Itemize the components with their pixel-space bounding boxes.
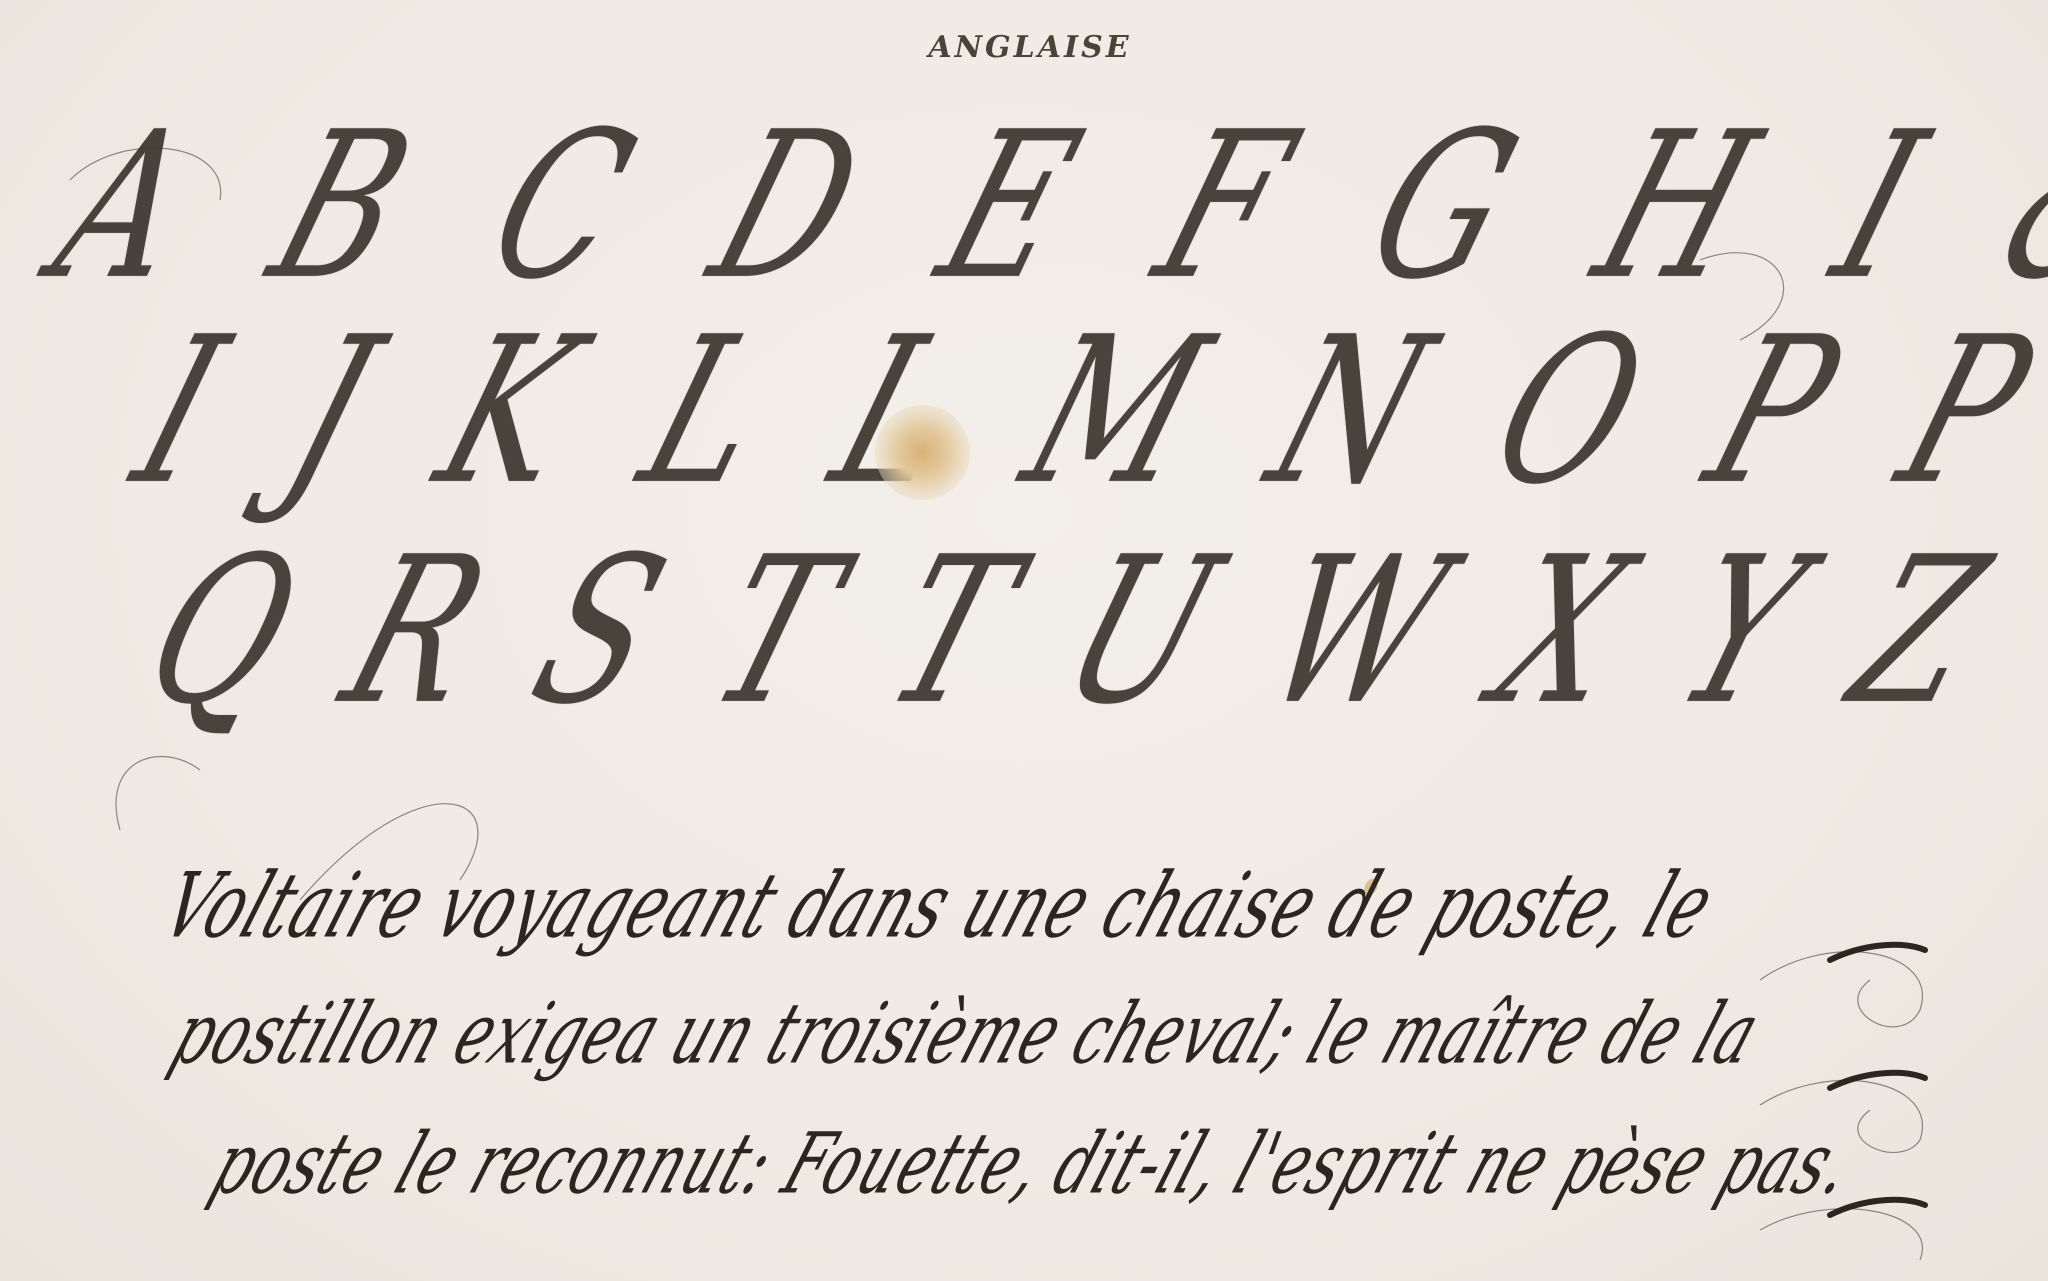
passage-line-3: poste le reconnut: Fouette, dit-il, l'es… [200, 1145, 2048, 1213]
passage-line-1: Voltaire voyageant dans une chaise de po… [150, 885, 2048, 958]
passage-line-2-text: postillon exigea un troisième cheval; le… [160, 984, 1773, 1083]
flourish-decorations [0, 0, 2048, 1281]
passage-line-3-text: poste le reconnut: Fouette, dit-il, l'es… [200, 1114, 1867, 1213]
passage-line-1-text: Voltaire voyageant dans une chaise de po… [150, 852, 1728, 958]
passage-line-2: postillon exigea un troisième cheval; le… [160, 1015, 2048, 1083]
